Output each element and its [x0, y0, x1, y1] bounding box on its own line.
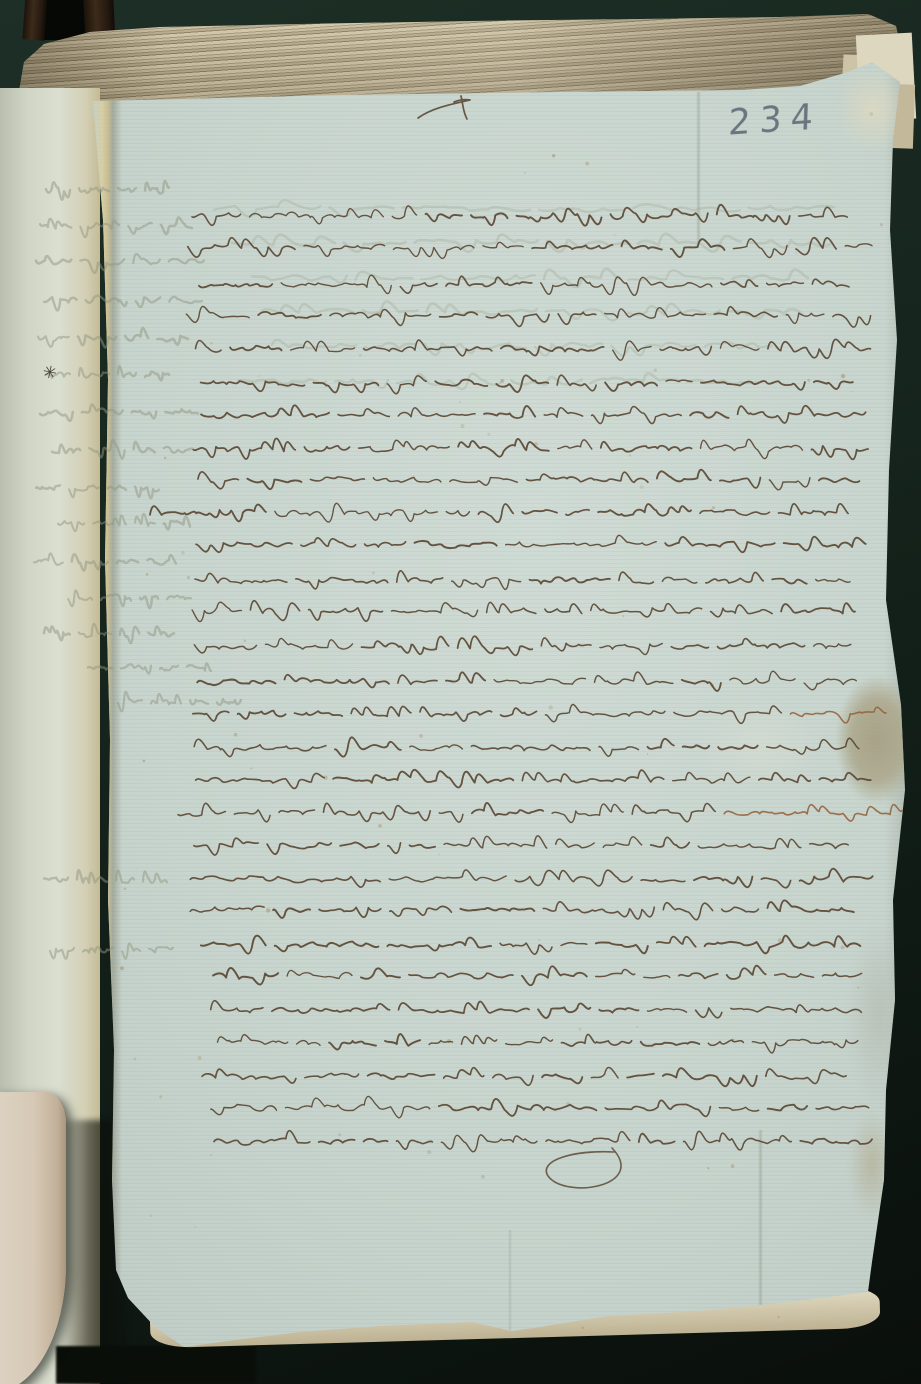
- paper-crease: [508, 1230, 512, 1330]
- paper-discoloration: [700, 700, 820, 790]
- edge-stain: [846, 920, 912, 1110]
- manuscript-photo: 234 ✳: [0, 0, 921, 1384]
- background-shadow: [56, 1346, 256, 1384]
- edge-stain: [836, 676, 918, 804]
- edge-stain: [848, 1110, 896, 1220]
- folio-page-number: 234: [727, 96, 839, 156]
- manuscript-leaf: [0, 0, 921, 1384]
- binding-gap: [42, 0, 88, 40]
- binding-spine-edge: [22, 0, 47, 41]
- paper-crease: [696, 92, 701, 242]
- binding-spine-edge: [83, 0, 115, 35]
- margin-star-mark: ✳: [40, 362, 68, 390]
